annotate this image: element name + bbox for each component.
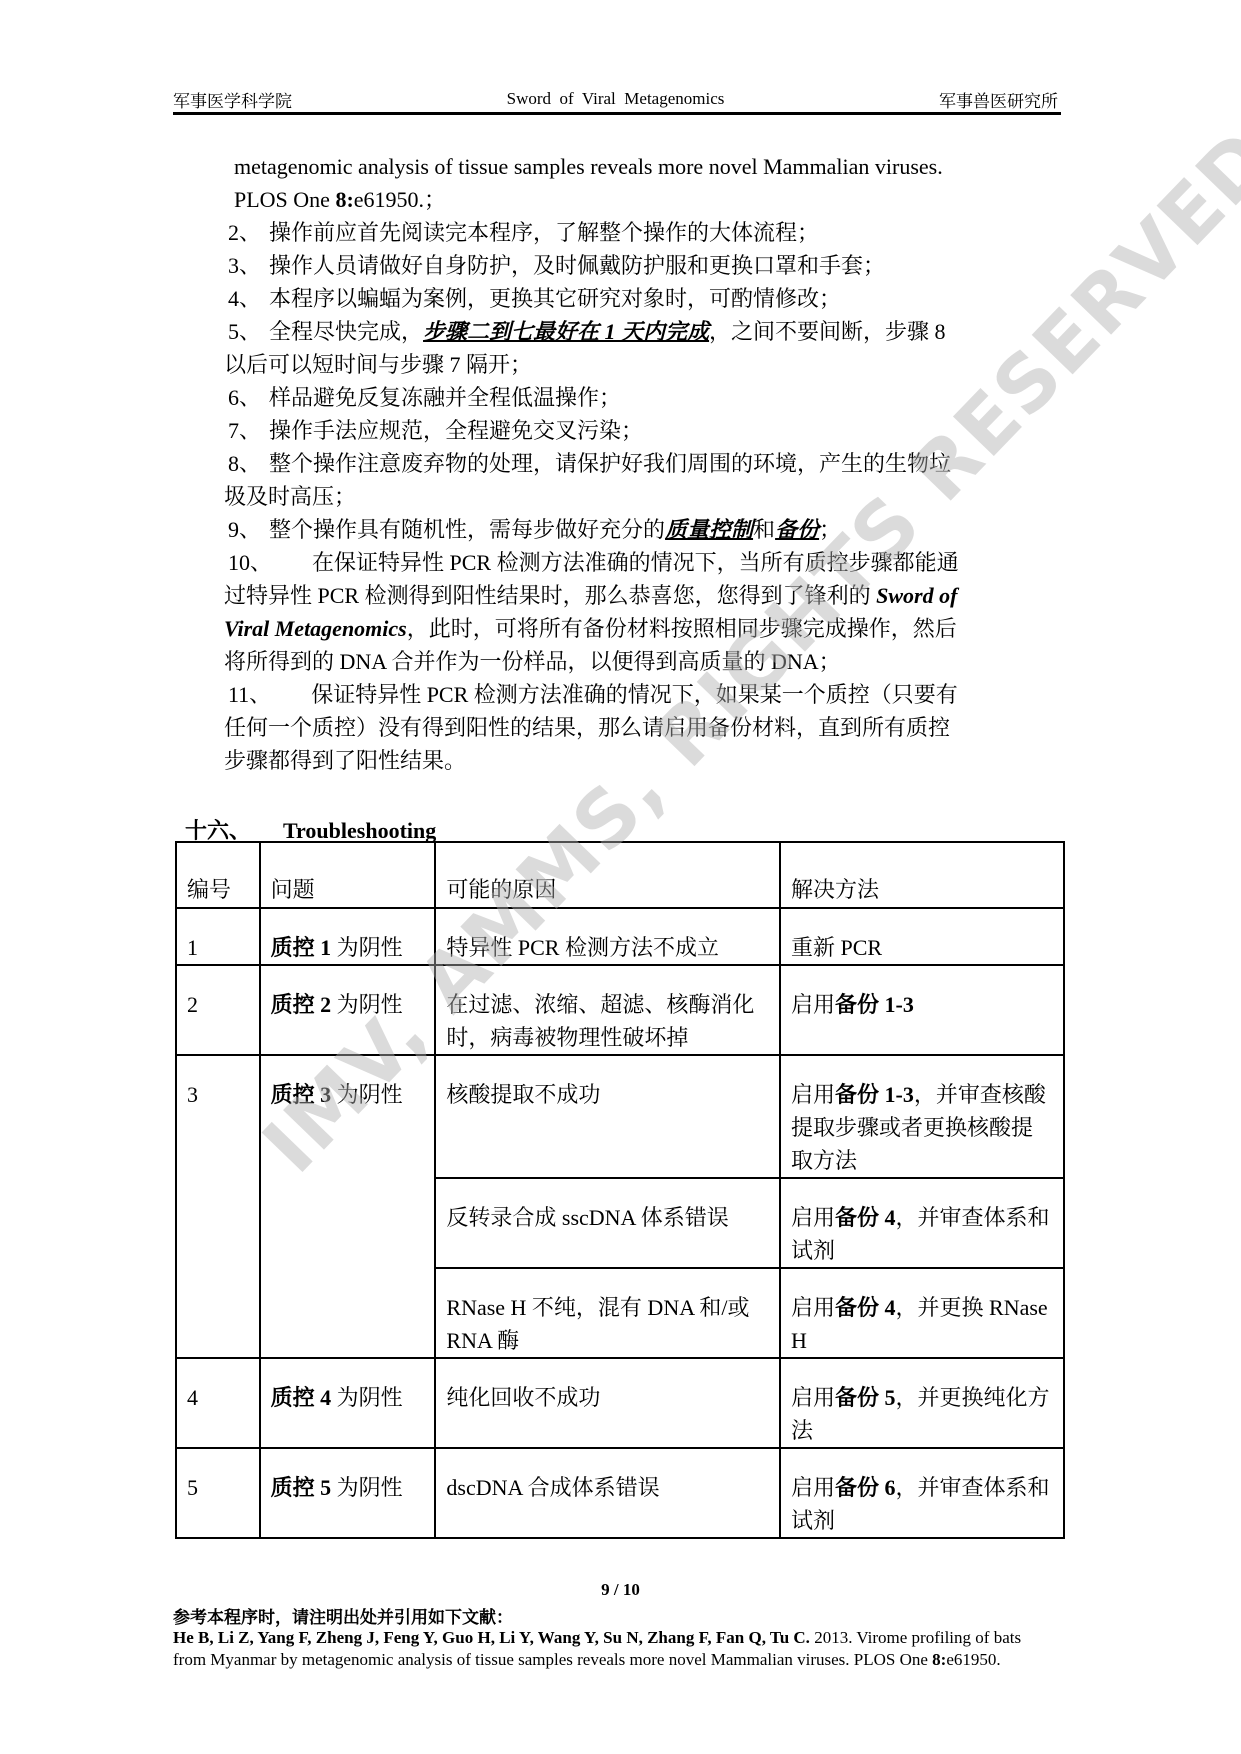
table-row: 1 质控 1 为阴性 特异性 PCR 检测方法不成立 重新 PCR [176,908,1064,965]
note-number: 9、 [228,517,261,542]
section-number: 十六、 [185,818,251,843]
section-title: Troubleshooting [283,818,436,843]
running-header: 军事医学科学院 Sword of Viral Metagenomics 军事兽医… [173,86,1058,112]
note-item-10-line2: 过特异性 PCR 检测得到阳性结果时，那么恭喜您，您得到了锋利的 Sword o… [224,579,1060,612]
notes-list: metagenomic analysis of tissue samples r… [234,150,1060,777]
note-item-11-line3: 步骤都得到了阳性结果。 [224,744,1060,777]
troubleshooting-table: 编号 问题 可能的原因 解决方法 1 质控 1 为阴性 特异性 PCR 检测方法… [175,841,1065,1539]
header-right-institution: 军事兽医研究所 [939,87,1058,112]
note-number: 11、 [228,682,271,707]
citation-authors: He B, Li Z, Yang F, Zheng J, Feng Y, Guo… [173,1628,810,1647]
note-number: 6、 [228,385,261,410]
note-number: 3、 [228,253,261,278]
header-cell-solution: 解决方法 [780,842,1064,908]
note-number: 7、 [228,418,261,443]
note-number: 2、 [228,220,261,245]
note-item-6: 6、样品避免反复冻融并全程低温操作； [228,381,1060,414]
note-item-5-cont: 以后可以短时间与步骤 7 隔开； [224,348,1060,381]
reference-continuation-line-1: metagenomic analysis of tissue samples r… [234,150,1060,183]
note-number: 8、 [228,451,261,476]
note-item-7: 7、操作手法应规范，全程避免交叉污染； [228,414,1060,447]
header-title: Sword of Viral Metagenomics [507,89,725,109]
note-item-10-line4: 将所得到的 DNA 合并作为一份样品，以便得到高质量的 DNA； [224,645,1060,678]
note-item-5: 5、全程尽快完成，步骤二到七最好在 1 天内完成，之间不要间断，步骤 8 [228,315,1060,348]
emphasis-underlined: 步骤二到七最好在 1 天内完成 [423,319,709,344]
emphasis-backup: 备份 [775,517,819,542]
citation-label: 参考本程序时，请注明出处并引用如下文献： [173,1603,513,1628]
note-item-2: 2、操作前应首先阅读完本程序，了解整个操作的大体流程； [228,216,1060,249]
note-item-8-cont: 圾及时高压； [224,480,1060,513]
note-item-11: 11、保证特异性 PCR 检测方法准确的情况下，如果某一个质控（只要有 [228,678,1060,711]
table-row: 5 质控 5 为阴性 dscDNA 合成体系错误 启用备份 6，并审查体系和试剂 [176,1448,1064,1538]
note-item-10: 10、在保证特异性 PCR 检测方法准确的情况下，当所有质控步骤都能通 [228,546,1060,579]
note-item-9: 9、整个操作具有随机性，需每步做好充分的质量控制和备份； [228,513,1060,546]
note-item-3: 3、操作人员请做好自身防护，及时佩戴防护服和更换口罩和手套； [228,249,1060,282]
note-item-11-line2: 任何一个质控）没有得到阳性的结果，那么请启用备份材料，直到所有质控 [224,711,1060,744]
note-number: 10、 [228,550,272,575]
header-cell-problem: 问题 [260,842,436,908]
header-cell-cause: 可能的原因 [435,842,780,908]
header-left-institution: 军事医学科学院 [173,87,292,112]
note-number: 4、 [228,286,261,311]
emphasis-quality-control: 质量控制 [665,517,753,542]
table-header-row: 编号 问题 可能的原因 解决方法 [176,842,1064,908]
document-page: 军事医学科学院 Sword of Viral Metagenomics 军事兽医… [0,0,1241,1754]
reference-continuation-line-2: PLOS One 8:e61950.； [234,183,1060,216]
header-rule [173,112,1061,115]
page-number: 9 / 10 [0,1580,1241,1600]
note-item-10-line3: Viral Metagenomics，此时，可将所有备份材料按照相同步骤完成操作… [224,612,1060,645]
header-cell-id: 编号 [176,842,260,908]
table-row: 4 质控 4 为阴性 纯化回收不成功 启用备份 5，并更换纯化方法 [176,1358,1064,1448]
note-item-8: 8、整个操作注意废弃物的处理，请保护好我们周围的环境，产生的生物垃 [228,447,1060,480]
table-row: 2 质控 2 为阴性 在过滤、浓缩、超滤、核酶消化时，病毒被物理性破坏掉 启用备… [176,965,1064,1055]
note-item-4: 4、本程序以蝙蝠为案例，更换其它研究对象时，可酌情修改； [228,282,1060,315]
table-row: 3 质控 3 为阴性 核酸提取不成功 启用备份 1-3，并审查核酸提取步骤或者更… [176,1055,1064,1178]
note-number: 5、 [228,319,261,344]
citation-text: He B, Li Z, Yang F, Zheng J, Feng Y, Guo… [173,1627,1053,1671]
